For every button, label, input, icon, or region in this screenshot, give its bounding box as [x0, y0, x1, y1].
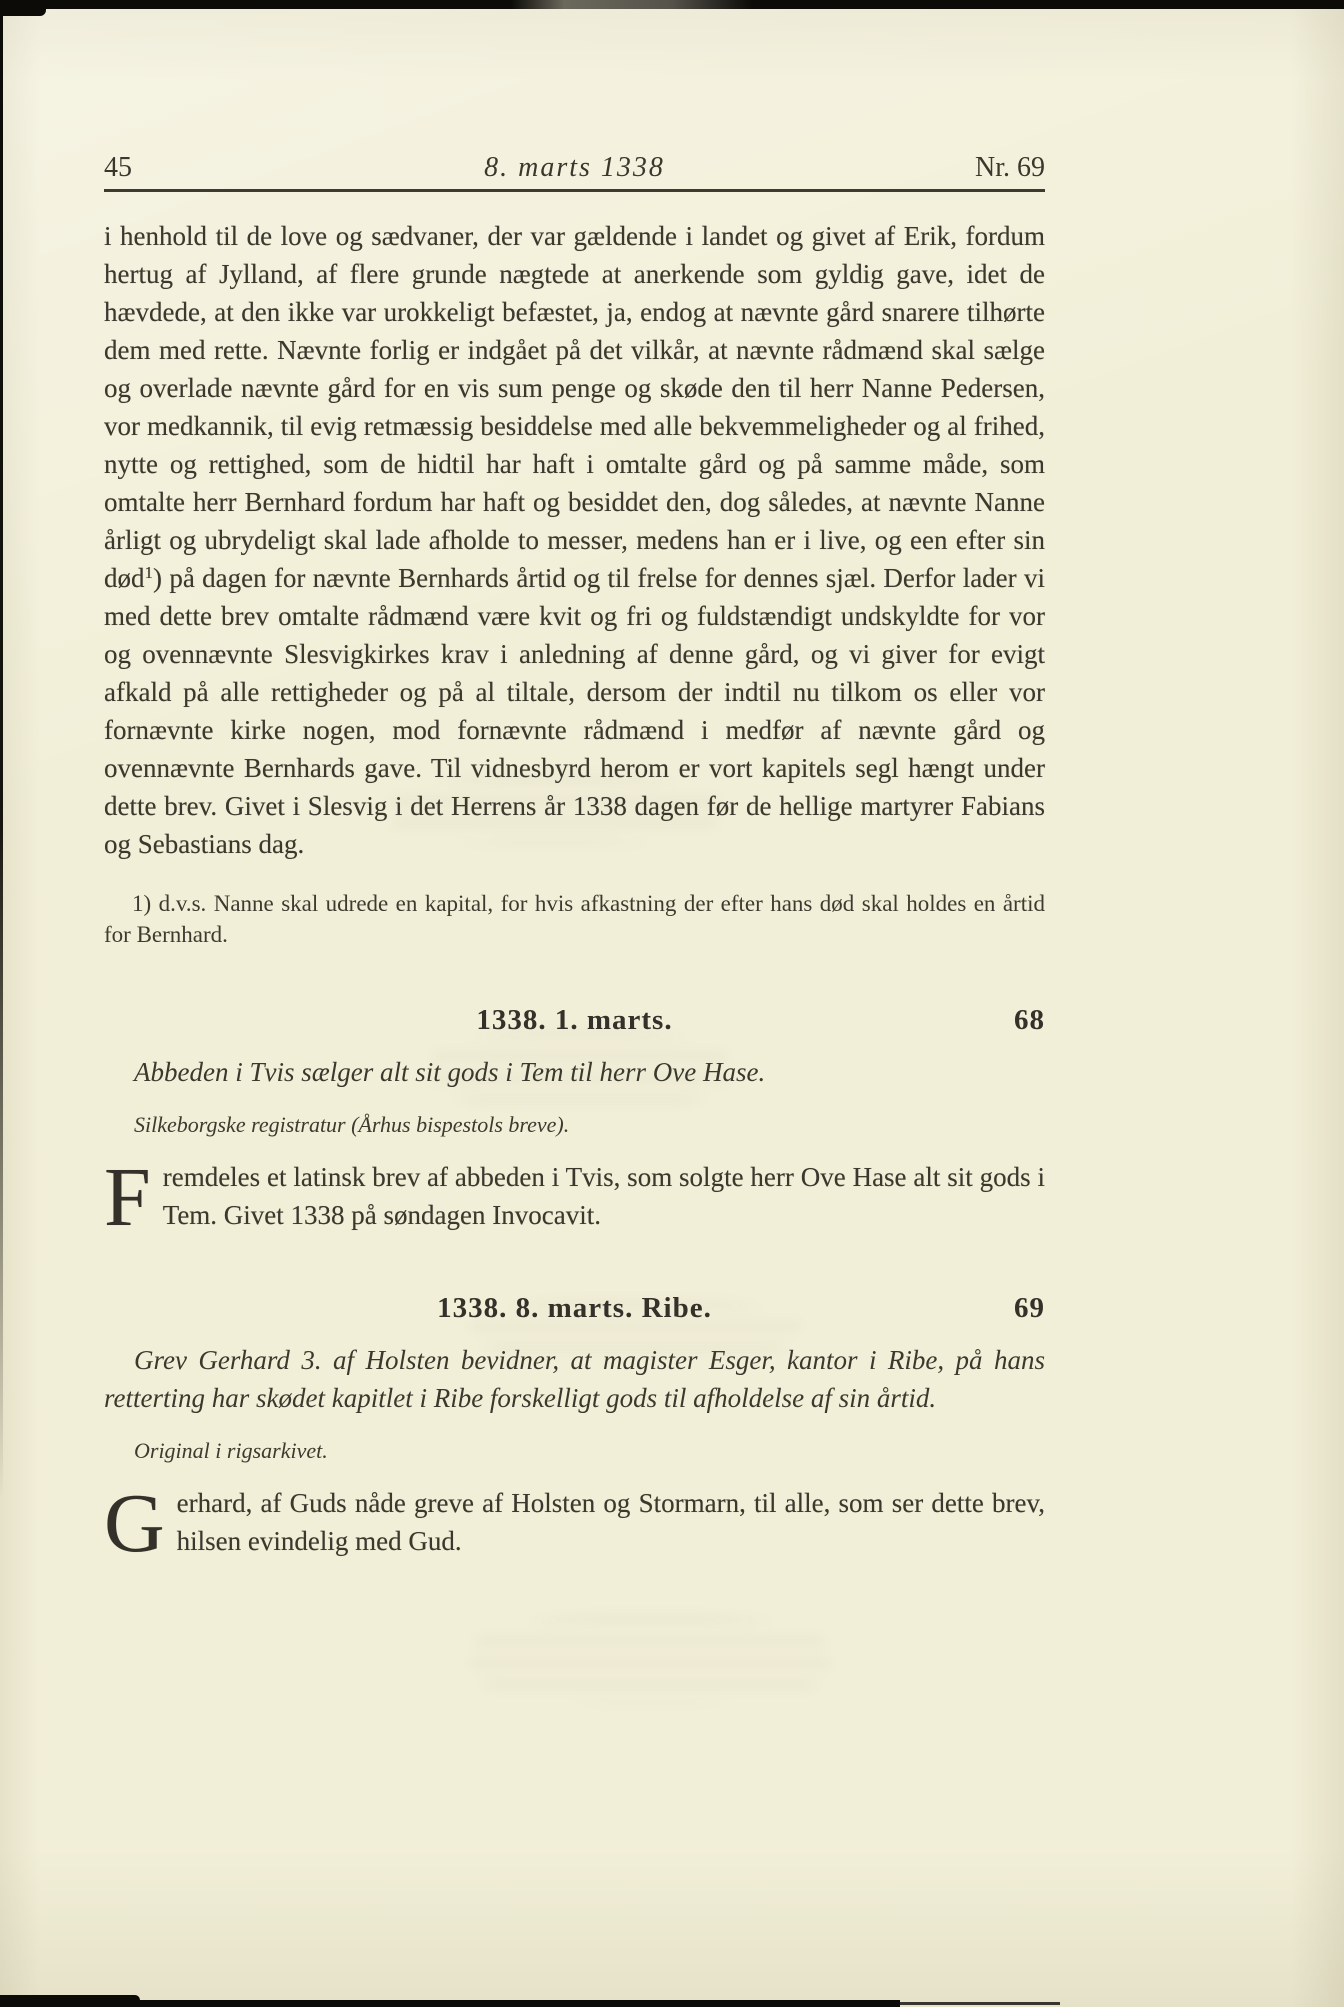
entry-68-dropcap: F: [104, 1161, 151, 1235]
entry-68: 1338. 1. marts. 68 Abbeden i Tvis sælger…: [104, 1001, 1045, 1234]
footnote: 1) d.v.s. Nanne skal udrede en kapital, …: [104, 888, 1045, 950]
scan-edge-bottom-thin: [880, 2002, 1060, 2005]
entry-68-summary: Abbeden i Tvis sælger alt sit gods i Tem…: [104, 1053, 1045, 1091]
page-content: 45 8. marts 1338 Nr. 69 i henhold til de…: [104, 0, 1045, 1561]
running-header-title: 8. marts 1338: [304, 151, 845, 185]
entry-68-source: Silkeborgske registratur (Århus bispesto…: [104, 1110, 1045, 1140]
entry-69-body-text: erhard, af Guds nåde greve af Holsten og…: [177, 1488, 1045, 1556]
entry-69-source: Original i rigsarkivet.: [104, 1436, 1045, 1466]
entry-69-heading-row: 1338. 8. marts. Ribe. 69: [104, 1289, 1045, 1327]
document-number-label: Nr. 69: [845, 151, 1045, 185]
entry-69-summary: Grev Gerhard 3. af Holsten bevidner, at …: [104, 1341, 1045, 1417]
entry-69-dropcap: G: [104, 1487, 165, 1561]
page-number: 45: [104, 151, 304, 185]
continuation-text-before-note: i henhold til de love og sædvaner, der v…: [104, 221, 1045, 593]
entry-68-body: Fremdeles et latinsk brev af abbeden i T…: [104, 1158, 1045, 1234]
footnote-reference-marker: 1: [145, 563, 154, 582]
header-rule: [104, 189, 1045, 192]
scan-edge-top-left-corner: [0, 0, 46, 16]
entry-69: 1338. 8. marts. Ribe. 69 Grev Gerhard 3.…: [104, 1289, 1045, 1560]
entry-69-heading: 1338. 8. marts. Ribe.: [437, 1292, 712, 1324]
scan-edge-left: [0, 0, 3, 1500]
entry-68-heading: 1338. 1. marts.: [476, 1004, 672, 1036]
entry-69-number: 69: [1014, 1289, 1045, 1327]
entry-68-heading-row: 1338. 1. marts. 68: [104, 1001, 1045, 1039]
entry-68-body-text: remdeles et latinsk brev af abbeden i Tv…: [163, 1162, 1045, 1230]
running-header: 45 8. marts 1338 Nr. 69: [104, 151, 1045, 185]
entry-68-number: 68: [1014, 1001, 1045, 1039]
continuation-paragraph: i henhold til de love og sædvaner, der v…: [104, 217, 1045, 863]
continuation-text-after-note: ) på dagen for nævnte Bernhards årtid og…: [104, 563, 1045, 859]
scan-edge-bottom-left: [0, 1995, 140, 2007]
entry-69-body: Gerhard, af Guds nåde greve af Holsten o…: [104, 1484, 1045, 1560]
